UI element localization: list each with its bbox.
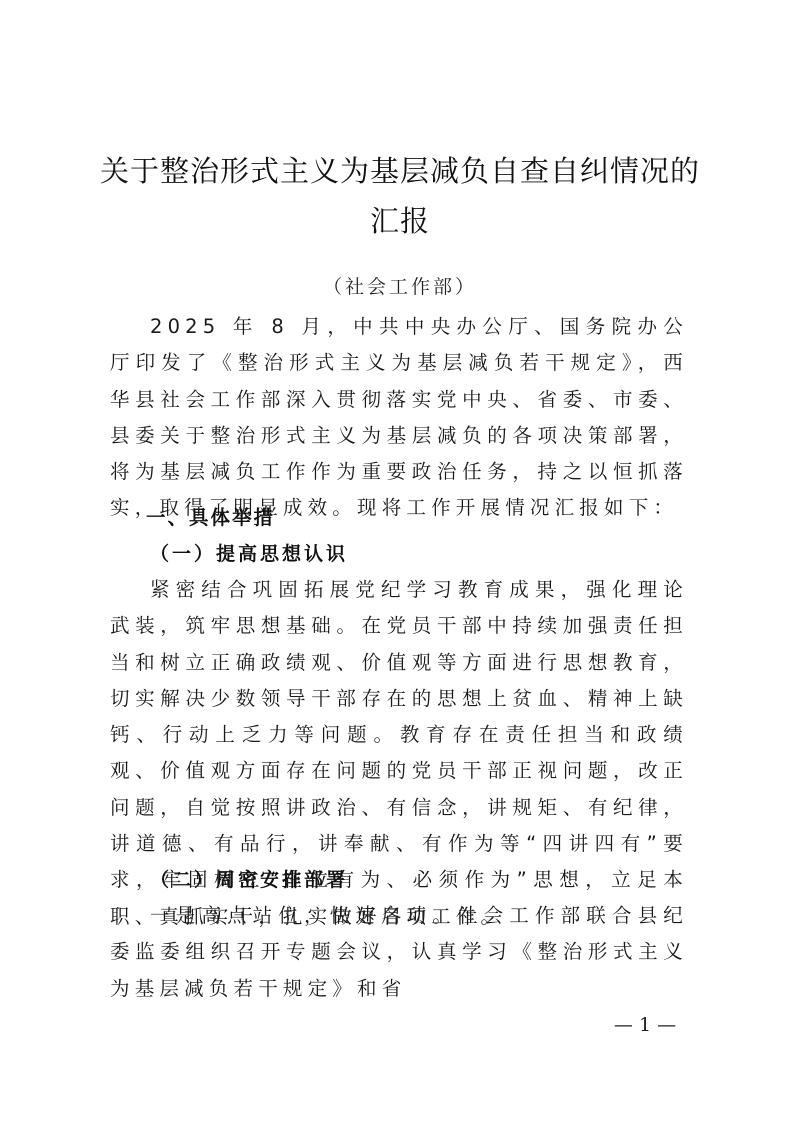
intro-paragraph: 2025 年 8 月，中共中央办公厅、国务院办公厅印发了《整治形式主义为基层减负…: [110, 309, 688, 527]
document-title: 关于整治形式主义为基层减负自查自纠情况的 汇报: [100, 146, 700, 246]
subsection-paragraph-2: 一是高点站位，快速启动。社会工作部联合县纪委监委组织召开专题会议，认真学习《整治…: [110, 898, 688, 1007]
title-line-1: 关于整治形式主义为基层减负自查自纠情况的: [100, 146, 700, 196]
title-line-2: 汇报: [100, 196, 700, 246]
subsection-heading-2: （二）周密安排部署: [150, 862, 348, 898]
section-heading-1: 一、具体举措: [146, 500, 275, 536]
page-number: — 1 —: [600, 1010, 690, 1040]
document-page: 关于整治形式主义为基层减负自查自纠情况的 汇报 （社会工作部） 2025 年 8…: [0, 0, 793, 1122]
subsection-heading-1: （一）提高思想认识: [150, 536, 348, 572]
document-subtitle: （社会工作部）: [100, 272, 700, 302]
